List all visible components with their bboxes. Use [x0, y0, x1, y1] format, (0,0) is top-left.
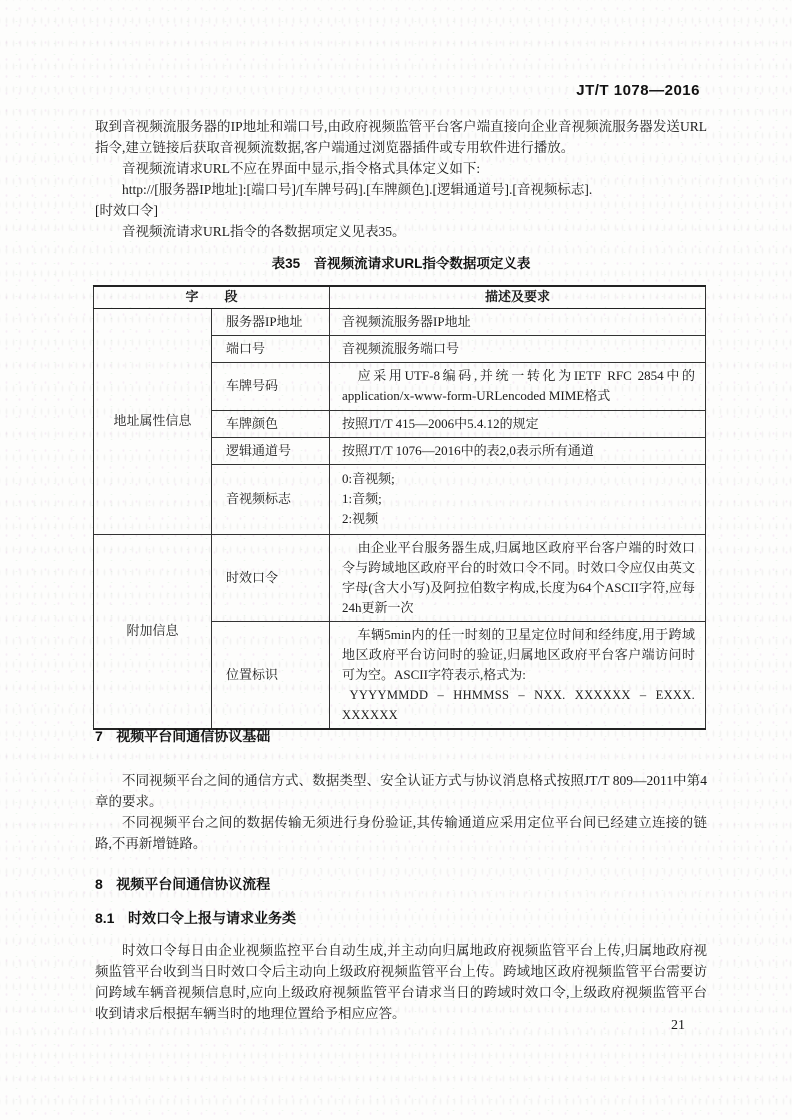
field-cell: 位置标识: [212, 621, 330, 729]
description-cell: 由企业平台服务器生成,归属地区政府平台客户端的时效口令与跨域地区政府平台的时效口…: [330, 534, 706, 621]
description-cell: 应采用UTF-8编码,并统一转化为IETF RFC 2854中的applicat…: [330, 362, 706, 410]
description-cell: 按照JT/T 415—2006中5.4.12的规定: [330, 410, 706, 437]
section-title: 视频平台间通信协议基础: [116, 728, 270, 744]
description-text: 由企业平台服务器生成,归属地区政府平台客户端的时效口令与跨域地区政府平台的时效口…: [342, 538, 695, 618]
section-title: 时效口令上报与请求业务类: [128, 910, 296, 926]
description-cell: 0:音视频; 1:音频; 2:视频: [330, 464, 706, 534]
page-number: 21: [671, 1018, 685, 1034]
scanned-document-page: JT/T 1078—2016 取到音视频流服务器的IP地址和端口号,由政府视频监…: [0, 0, 792, 1120]
description-cell: 音视频流服务端口号: [330, 335, 706, 362]
enum-line: 0:音视频;: [342, 469, 695, 489]
description-cell: 按照JT/T 1076—2016中的表2,0表示所有通道: [330, 437, 706, 464]
enum-line: 2:视频: [342, 509, 695, 529]
format-string: YYYYMMDD – HHMMSS – NXX. XXXXXX – EXXX. …: [342, 685, 695, 725]
enum-line: 1:音频;: [342, 489, 695, 509]
table-35: 字 段 描述及要求 地址属性信息 服务器IP地址 音视频流服务器IP地址 端口号…: [93, 285, 706, 730]
paragraph: 音视频流请求URL指令的各数据项定义见表35。: [95, 221, 707, 242]
table-title-text: 音视频流请求URL指令数据项定义表: [314, 256, 531, 271]
paragraph: 音视频流请求URL不应在界面中显示,指令格式具体定义如下:: [95, 158, 707, 179]
description-text: 应采用UTF-8编码,并统一转化为IETF RFC 2854中的applicat…: [342, 366, 695, 406]
description-cell: 车辆5min内的任一时刻的卫星定位时间和经纬度,用于跨域地区政府平台访问时的验证…: [330, 621, 706, 729]
paragraph: 时效口令每日由企业视频监控平台自动生成,并主动向归属地政府视频监管平台上传,归属…: [95, 940, 707, 1024]
paragraph: 取到音视频流服务器的IP地址和端口号,由政府视频监管平台客户端直接向企业音视频流…: [95, 116, 707, 158]
field-cell: 车牌号码: [212, 362, 330, 410]
table-number: 表35: [272, 256, 301, 271]
column-header-field: 字 段: [94, 286, 330, 308]
field-cell: 车牌颜色: [212, 410, 330, 437]
section-number: 8.1: [95, 910, 114, 926]
description-cell: 音视频流服务器IP地址: [330, 308, 706, 335]
standard-code-header: JT/T 1078—2016: [576, 82, 700, 99]
field-cell: 时效口令: [212, 534, 330, 621]
field-cell: 音视频标志: [212, 464, 330, 534]
column-header-description: 描述及要求: [330, 286, 706, 308]
description-text: 车辆5min内的任一时刻的卫星定位时间和经纬度,用于跨域地区政府平台访问时的验证…: [342, 625, 695, 685]
section-number: 7: [95, 728, 103, 744]
section-7-heading: 7视频平台间通信协议基础: [95, 726, 707, 746]
table-header-row: 字 段 描述及要求: [94, 286, 706, 308]
table-row: 地址属性信息 服务器IP地址 音视频流服务器IP地址: [94, 308, 706, 335]
field-cell: 服务器IP地址: [212, 308, 330, 335]
section-8-1-heading: 8.1时效口令上报与请求业务类: [95, 908, 707, 928]
section-title: 视频平台间通信协议流程: [116, 876, 270, 892]
section-8-heading: 8视频平台间通信协议流程: [95, 874, 707, 894]
table-row: 附加信息 时效口令 由企业平台服务器生成,归属地区政府平台客户端的时效口令与跨域…: [94, 534, 706, 621]
paragraph: 不同视频平台之间的数据传输无须进行身份验证,其传输通道应采用定位平台间已经建立连…: [95, 812, 707, 854]
body-sections: 7视频平台间通信协议基础 不同视频平台之间的通信方式、数据类型、安全认证方式与协…: [95, 726, 707, 1024]
intro-paragraphs: 取到音视频流服务器的IP地址和端口号,由政府视频监管平台客户端直接向企业音视频流…: [95, 116, 707, 242]
url-format-line-continuation: [时效口令]: [95, 200, 707, 221]
section-number: 8: [95, 876, 103, 892]
url-format-line: http://[服务器IP地址]:[端口号]/[车牌号码].[车牌颜色].[逻辑…: [95, 179, 707, 200]
row-group-address-info: 地址属性信息: [94, 308, 212, 534]
row-group-additional-info: 附加信息: [94, 534, 212, 729]
field-cell: 逻辑通道号: [212, 437, 330, 464]
paragraph: 不同视频平台之间的通信方式、数据类型、安全认证方式与协议消息格式按照JT/T 8…: [95, 770, 707, 812]
field-cell: 端口号: [212, 335, 330, 362]
table-35-caption: 表35音视频流请求URL指令数据项定义表: [95, 252, 707, 272]
